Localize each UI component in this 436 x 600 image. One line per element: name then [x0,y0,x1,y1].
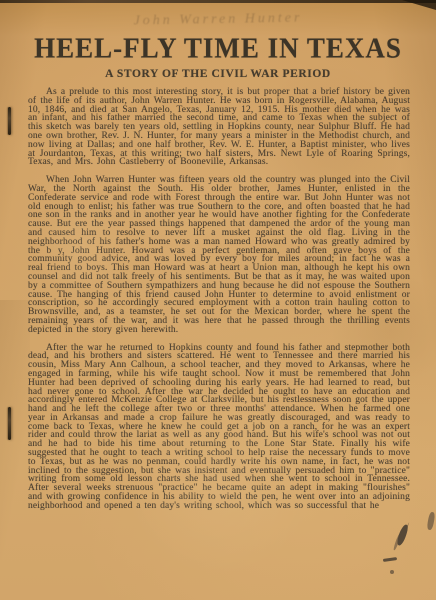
body-text: As a prelude to this most interesting st… [28,88,410,520]
staple-top [8,107,11,135]
ink-smudge [426,512,435,531]
paragraph-civil-war: When John Warren Hunter was fifteen year… [28,176,410,334]
page-title: HEEL-FLY TIME IN TEXAS [0,32,436,65]
scanned-page: John Warren Hunter HEEL-FLY TIME IN TEXA… [0,0,436,600]
ink-smudge [390,570,394,574]
paragraph-author-biography: As a prelude to this most interesting st… [28,88,410,167]
staple-bottom [8,407,11,440]
paper-crease [0,300,30,560]
ink-smudge [396,523,409,546]
scan-top-edge [0,0,436,3]
handwritten-inscription: John Warren Hunter [0,8,436,32]
paragraph-after-the-war: After the war he returned to Hopkins cou… [28,344,410,511]
page-subtitle: A STORY OF THE CIVIL WAR PERIOD [0,68,436,80]
ink-smudge [383,557,397,562]
